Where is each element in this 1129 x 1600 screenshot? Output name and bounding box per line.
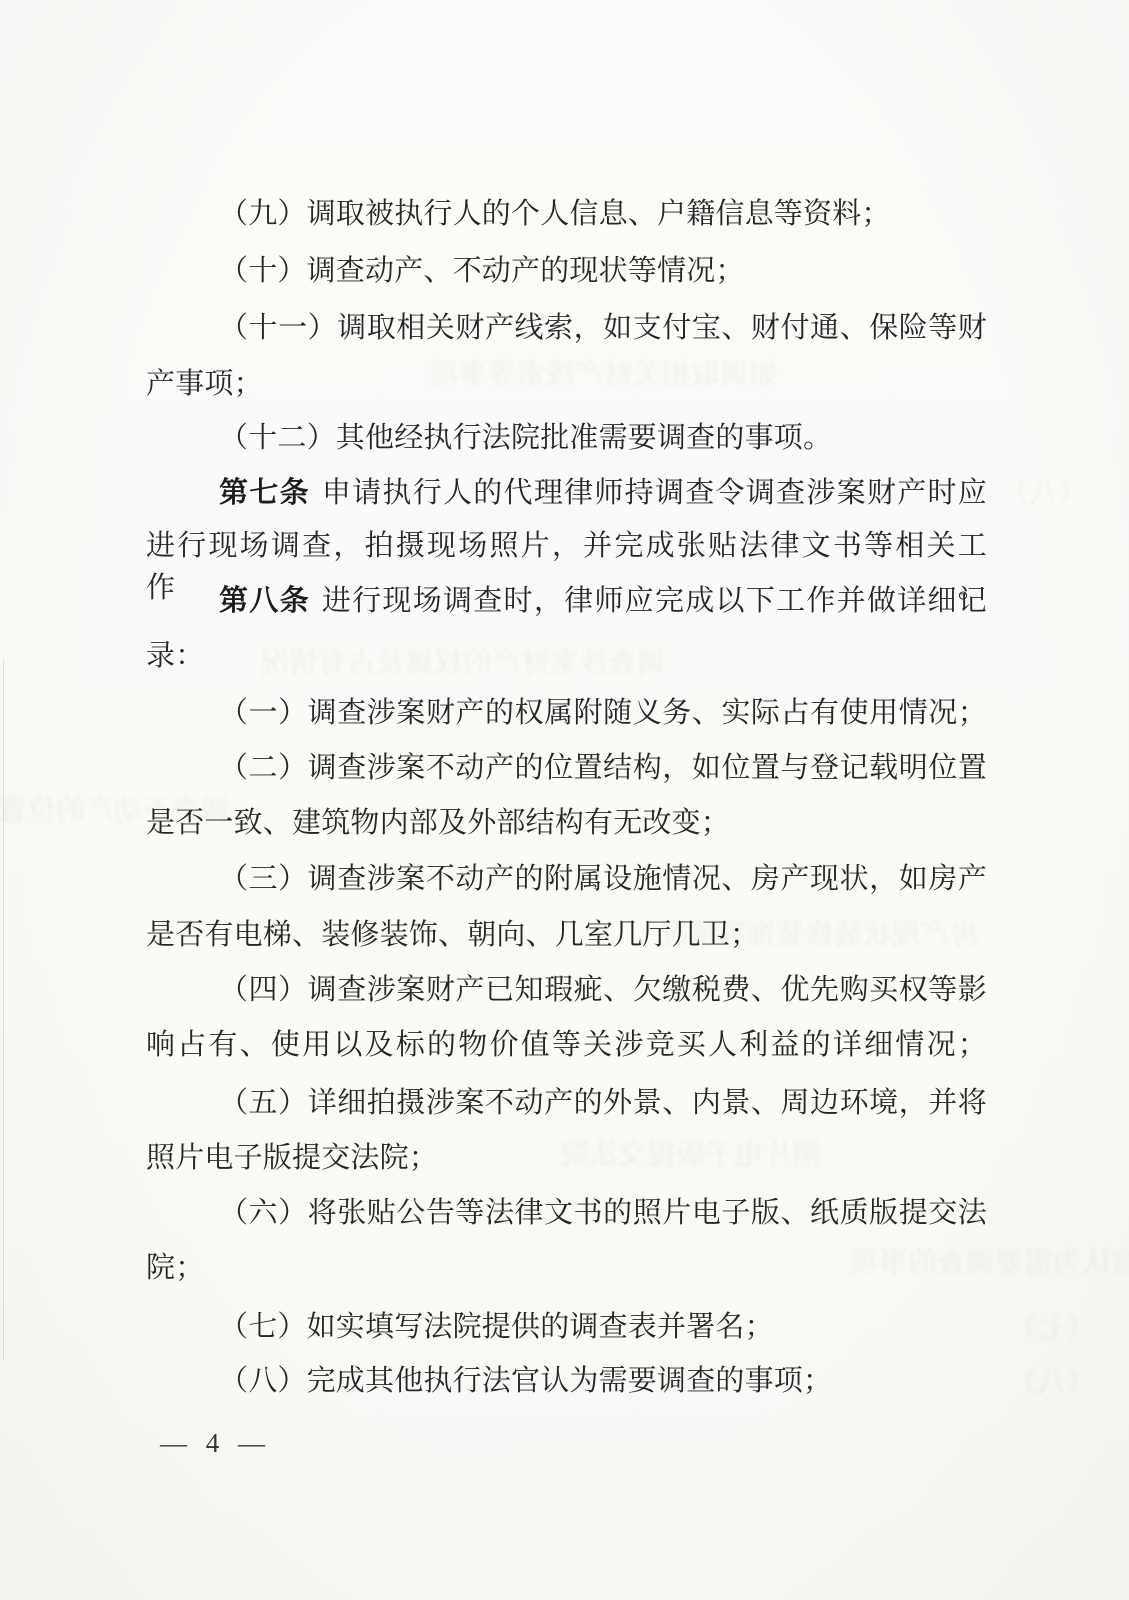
document-line: 照片电子版提交法院； bbox=[146, 1137, 987, 1179]
document-line: 是否一致、建筑物内部及外部结构有无改变； bbox=[146, 802, 987, 844]
document-line: （四）调查涉案财产已知瑕疵、欠缴税费、优先购买权等影 bbox=[146, 969, 987, 1011]
line-text: （十二）其他经执行法院批准需要调查的事项。 bbox=[219, 422, 832, 454]
document-line: 第七条申请执行人的代理律师持调查令调查涉案财产时应 bbox=[146, 472, 987, 514]
document-line: （二）调查涉案不动产的位置结构，如位置与登记载明位置 bbox=[146, 747, 987, 789]
document-line: 响占有、使用以及标的物价值等关涉竞买人利益的详细情况； bbox=[146, 1024, 987, 1066]
line-text: 是否有电梯、装修装饰、朝向、几室几厅几卫； bbox=[146, 919, 759, 951]
document-line: 是否有电梯、装修装饰、朝向、几室几厅几卫； bbox=[146, 914, 987, 956]
document-line: 录： bbox=[146, 635, 987, 677]
document-page: 如调取相关财产线索等事项 （八） 调查涉案财产的权属及占有情况 调查不动产的位置… bbox=[0, 0, 1129, 1600]
document-line: （八）完成其他执行法官认为需要调查的事项； bbox=[146, 1360, 987, 1402]
article-8-label: 第八条 bbox=[219, 585, 310, 617]
line-text: （六）将张贴公告等法律文书的照片电子版、纸质版提交法 bbox=[219, 1197, 987, 1229]
document-line: 院； bbox=[146, 1247, 987, 1289]
document-line: （十二）其他经执行法院批准需要调查的事项。 bbox=[146, 417, 987, 459]
document-line: （十）调查动产、不动产的现状等情况； bbox=[146, 250, 987, 292]
document-line: （三）调查涉案不动产的附属设施情况、房产现状，如房产 bbox=[146, 858, 987, 900]
document-line: （六）将张贴公告等法律文书的照片电子版、纸质版提交法 bbox=[146, 1192, 987, 1234]
line-text: 照片电子版提交法院； bbox=[146, 1142, 438, 1174]
page-number: — 4 — bbox=[160, 1428, 271, 1459]
document-line: （一）调查涉案财产的权属附随义务、实际占有使用情况； bbox=[146, 692, 987, 734]
line-text: （七）如实填写法院提供的调查表并署名； bbox=[219, 1311, 774, 1343]
line-text: 进行现场调查时，律师应完成以下工作并做详细记 bbox=[322, 585, 987, 617]
line-text: 响占有、使用以及标的物价值等关涉竞买人利益的详细情况； bbox=[146, 1029, 987, 1061]
line-text: 院； bbox=[146, 1252, 204, 1284]
document-line: （九）调取被执行人的个人信息、户籍信息等资料； bbox=[146, 193, 987, 235]
document-line: 产事项； bbox=[146, 363, 987, 405]
bleedthrough-text: （八） bbox=[1008, 1360, 1095, 1401]
line-text: （十一）调取相关财产线索，如支付宝、财付通、保险等财 bbox=[219, 312, 987, 344]
line-text: （九）调取被执行人的个人信息、户籍信息等资料； bbox=[219, 198, 891, 230]
article-7-label: 第七条 bbox=[219, 477, 310, 509]
line-text: 产事项； bbox=[146, 368, 263, 400]
line-text: （一）调查涉案财产的权属附随义务、实际占有使用情况； bbox=[219, 697, 987, 729]
document-line: 第八条进行现场调查时，律师应完成以下工作并做详细记 bbox=[146, 580, 987, 622]
line-text: （二）调查涉案不动产的位置结构，如位置与登记载明位置 bbox=[219, 752, 987, 784]
line-text: （十）调查动产、不动产的现状等情况； bbox=[219, 255, 745, 287]
line-text: 录： bbox=[146, 640, 204, 672]
line-text: （三）调查涉案不动产的附属设施情况、房产现状，如房产 bbox=[219, 863, 987, 895]
document-line: （七）如实填写法院提供的调查表并署名； bbox=[146, 1306, 987, 1348]
bleedthrough-text: （八） bbox=[1000, 470, 1087, 511]
line-text: 申请执行人的代理律师持调查令调查涉案财产时应 bbox=[322, 477, 987, 509]
scan-edge-artifact bbox=[3, 660, 4, 1360]
document-line: （五）详细拍摄涉案不动产的外景、内景、周边环境，并将 bbox=[146, 1082, 987, 1124]
line-text: 是否一致、建筑物内部及外部结构有无改变； bbox=[146, 807, 730, 839]
line-text: （四）调查涉案财产已知瑕疵、欠缴税费、优先购买权等影 bbox=[219, 974, 987, 1006]
bleedthrough-text: （七） bbox=[1008, 1306, 1095, 1347]
document-line: （十一）调取相关财产线索，如支付宝、财付通、保险等财 bbox=[146, 307, 987, 349]
line-text: （八）完成其他执行法官认为需要调查的事项； bbox=[219, 1365, 832, 1397]
document-line: 进行现场调查，拍摄现场照片，并完成张贴法律文书等相关工作。 bbox=[146, 525, 987, 567]
line-text: （五）详细拍摄涉案不动产的外景、内景、周边环境，并将 bbox=[219, 1087, 987, 1119]
